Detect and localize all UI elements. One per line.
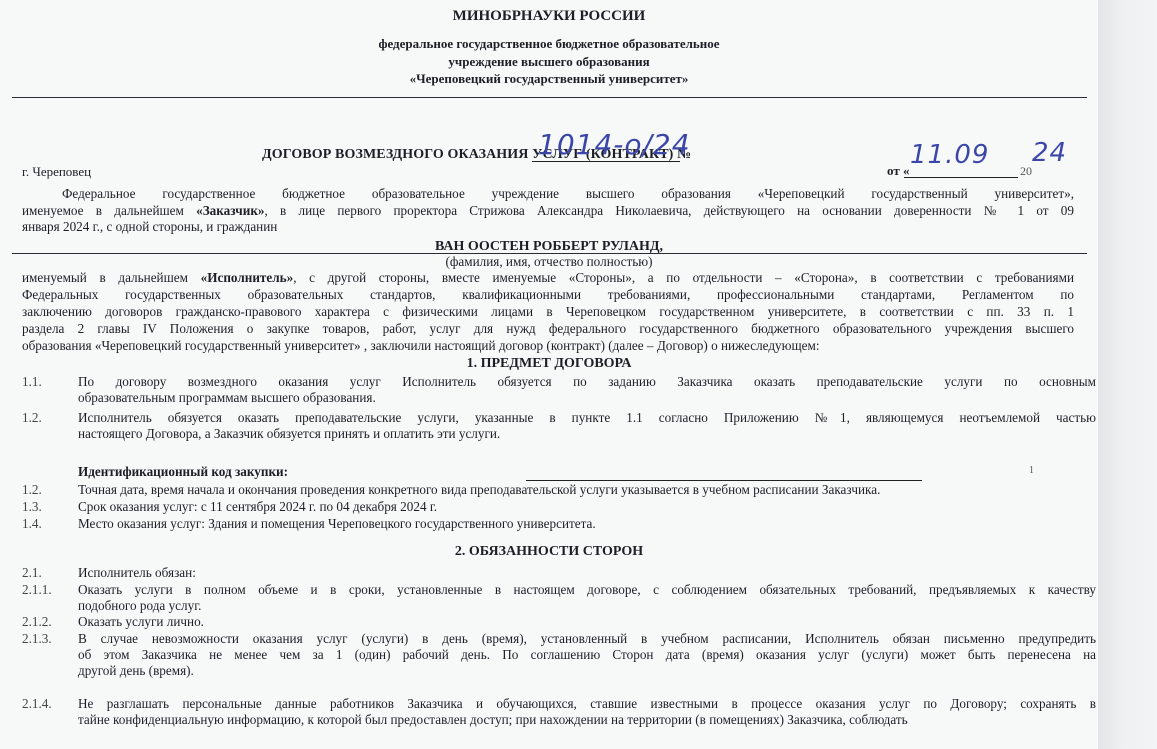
procurement-code-line [526, 480, 922, 481]
footnote-mark: 1 [1029, 465, 1034, 476]
contract-number-line [532, 161, 680, 162]
date-line [904, 177, 1018, 178]
clause-line: образовательным программам высшего образ… [78, 390, 1096, 406]
clause-line: Исполнитель обязуется оказать преподават… [78, 410, 1096, 426]
clause-number: 2.1. [22, 565, 42, 581]
year-prefix: 20 [1020, 164, 1032, 179]
clause-number: 1.4. [22, 516, 42, 532]
clause-text: Место оказания услуг: Здания и помещения… [78, 516, 1096, 532]
clause-line: Место оказания услуг: Здания и помещения… [78, 516, 1096, 532]
preamble-line-1: Федеральное государственное бюджетное об… [62, 186, 1074, 202]
text: именуемый в дальнейшем [22, 270, 201, 285]
scanner-edge [1098, 0, 1157, 749]
ministry-heading: МИНОБРНАУКИ РОССИИ [0, 8, 1098, 25]
clause-text: В случае невозможности оказания услуг (у… [78, 631, 1096, 679]
clause-number: 1.2. [22, 410, 42, 426]
date-handwritten: 11.09 [910, 140, 989, 170]
institution-line-2: учреждение высшего образования [0, 54, 1098, 70]
clause-text: По договору возмездного оказания услуг И… [78, 374, 1096, 406]
clause-number: 2.1.1. [22, 582, 52, 598]
clause-line: Не разглашать персональные данные работн… [78, 696, 1096, 712]
clause-number: 2.1.2. [22, 614, 52, 630]
year-handwritten: 24 [1032, 138, 1067, 168]
executor-term: «Исполнитель» [201, 270, 294, 285]
section-1-title: 1. ПРЕДМЕТ ДОГОВОРА [0, 356, 1098, 372]
procurement-code-label: Идентификационный код закупки: [78, 464, 288, 480]
contract-number-handwritten: 1014-о/24 [538, 128, 691, 161]
preamble-p2-line-2: Федеральных государственных образователь… [22, 287, 1074, 303]
preamble-p2-line-4: раздела 2 главы IV Положения о закупке т… [22, 321, 1074, 337]
preamble-p2-line-5: образования «Череповецкий государственны… [22, 338, 1074, 354]
contractor-name-caption: (фамилия, имя, отчество полностью) [0, 254, 1098, 270]
text: именуемое в дальнейшем [22, 203, 196, 218]
clause-text: Оказать услуги в полном объеме и в сроки… [78, 582, 1096, 614]
customer-term: «Заказчик» [196, 203, 264, 218]
clause-line: В случае невозможности оказания услуг (у… [78, 631, 1096, 647]
clause-text: Исполнитель обязуется оказать преподават… [78, 410, 1096, 442]
clause-text: Исполнитель обязан: [78, 565, 1096, 581]
clause-text: Оказать услуги лично. [78, 614, 1096, 630]
clause-line: Исполнитель обязан: [78, 565, 1096, 581]
header-divider [12, 97, 1087, 98]
clause-number: 2.1.3. [22, 631, 52, 647]
clause-line: Точная дата, время начала и окончания пр… [78, 482, 1096, 498]
clause-line: По договору возмездного оказания услуг И… [78, 374, 1096, 390]
clause-line: тайне конфиденциальную информацию, к кот… [78, 712, 1096, 728]
clause-text: Не разглашать персональные данные работн… [78, 696, 1096, 728]
institution-line-1: федеральное государственное бюджетное об… [0, 36, 1098, 52]
clause-number: 1.3. [22, 499, 42, 515]
scanned-contract-page: МИНОБРНАУКИ РОССИИ федеральное государст… [0, 0, 1098, 749]
university-name: «Череповецкий государственный университе… [0, 71, 1098, 87]
city: г. Череповец [22, 164, 91, 180]
clause-number: 1.1. [22, 374, 42, 390]
text: , в лице первого проректора Стрижова Але… [265, 203, 1074, 218]
preamble-p2-line-3: заключению договоров гражданско-правовог… [22, 304, 1074, 320]
clause-line: другой день (время). [78, 663, 1096, 679]
clause-number: 1.2. [22, 482, 42, 498]
clause-line: Оказать услуги в полном объеме и в сроки… [78, 582, 1096, 598]
preamble-p2-line-1: именуемый в дальнейшем «Исполнитель», с … [22, 270, 1074, 286]
clause-line: Срок оказания услуг: с 11 сентября 2024 … [78, 499, 1096, 515]
clause-text: Срок оказания услуг: с 11 сентября 2024 … [78, 499, 1096, 515]
text: , с другой стороны, вместе именуемые «Ст… [293, 270, 1074, 285]
preamble-line-2: именуемое в дальнейшем «Заказчик», в лиц… [22, 203, 1074, 219]
clause-line: настоящего Договора, а Заказчик обязуетс… [78, 426, 1096, 442]
clause-line: Оказать услуги лично. [78, 614, 1096, 630]
section-2-title: 2. ОБЯЗАННОСТИ СТОРОН [0, 544, 1098, 560]
clause-number: 2.1.4. [22, 696, 52, 712]
preamble-line-3: января 2024 г., с одной стороны, и гражд… [22, 219, 277, 235]
clause-text: Точная дата, время начала и окончания пр… [78, 482, 1096, 498]
clause-line: об этом Заказчика не менее чем за 1 (оди… [78, 647, 1096, 663]
clause-line: подобного рода услуг. [78, 598, 1096, 614]
